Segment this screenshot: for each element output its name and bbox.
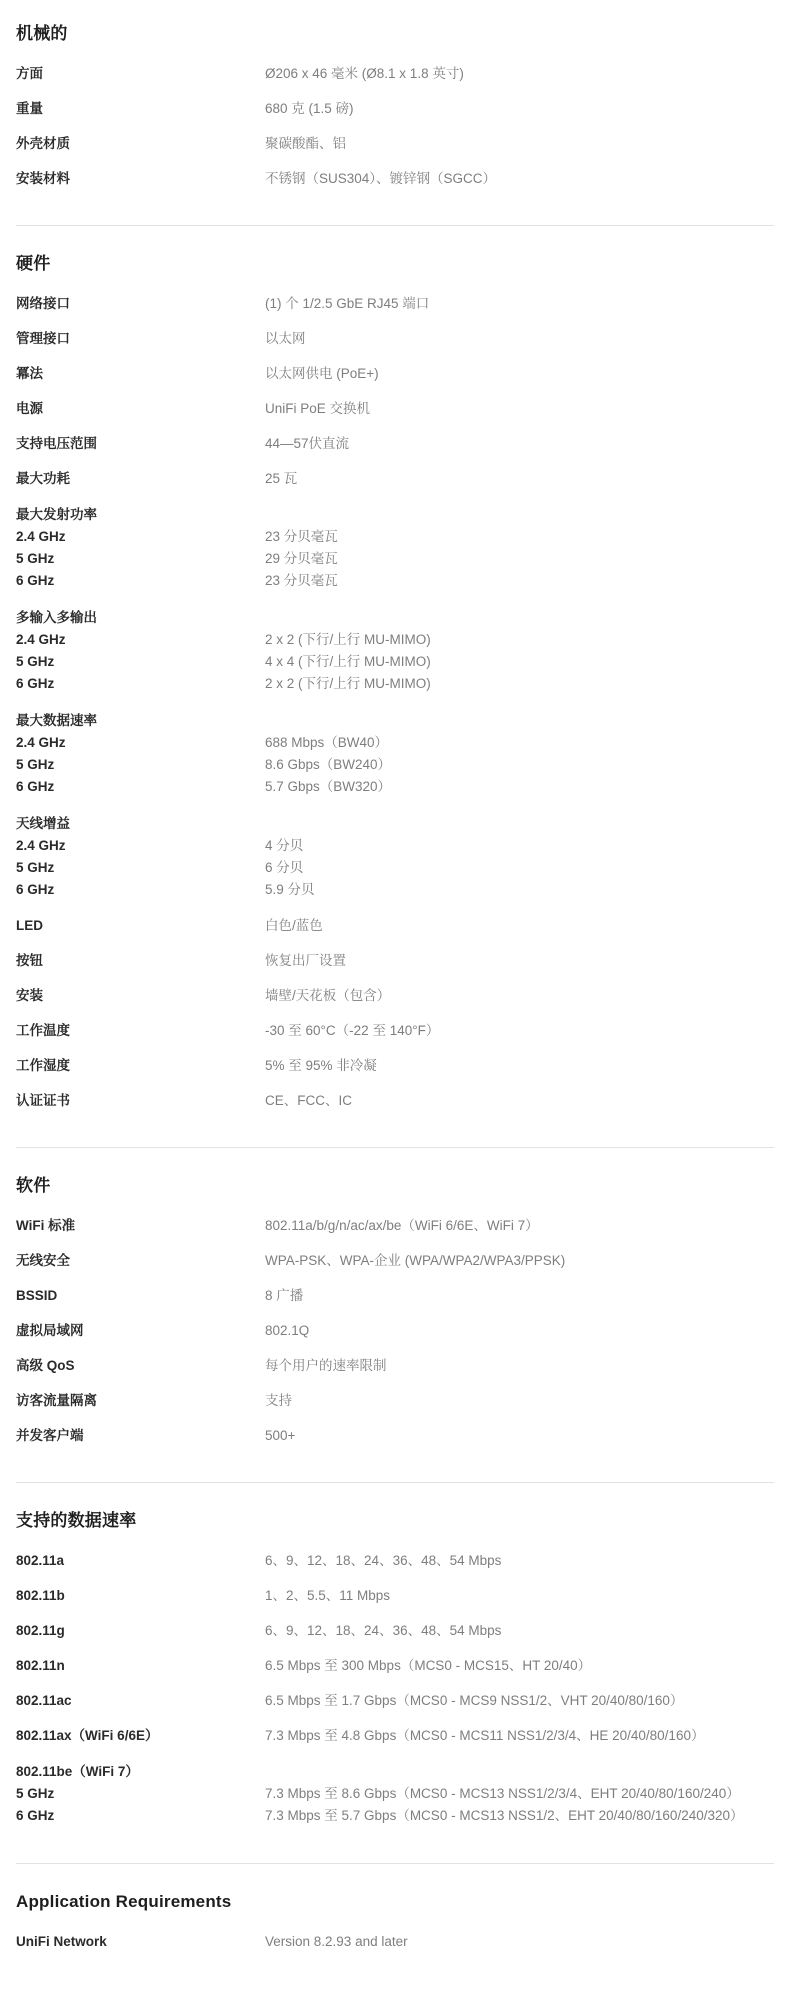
spec-subrow: 5 GHz6 分贝 <box>16 857 774 879</box>
spec-value: Ø206 x 46 毫米 (Ø8.1 x 1.8 英寸) <box>265 65 774 83</box>
spec-value: 每个用户的速率限制 <box>265 1357 774 1375</box>
spec-value: 5% 至 95% 非冷凝 <box>265 1057 774 1075</box>
spec-value: 6.5 Mbps 至 1.7 Gbps（MCS0 - MCS9 NSS1/2、V… <box>265 1692 774 1710</box>
spec-row: 冪法以太网供电 (PoE+) <box>16 357 774 392</box>
spec-sublabel: 5 GHz <box>16 754 265 776</box>
spec-value: 500+ <box>265 1427 774 1445</box>
spec-row: 访客流量隔离支持 <box>16 1384 774 1419</box>
spec-sublabel: 5 GHz <box>16 1783 265 1805</box>
spec-sublabel: 6 GHz <box>16 1805 265 1827</box>
spec-label: 外壳材质 <box>16 135 265 153</box>
spec-sublabel: 5 GHz <box>16 548 265 570</box>
spec-row: 支持电压范围44—57伏直流 <box>16 427 774 462</box>
spec-row: 认证证书CE、FCC、IC <box>16 1084 774 1119</box>
spec-label: 802.11n <box>16 1657 265 1675</box>
spec-label: 重量 <box>16 100 265 118</box>
spec-label: 冪法 <box>16 365 265 383</box>
spec-group: 多输入多输出2.4 GHz2 x 2 (下行/上行 MU-MIMO)5 GHz4… <box>16 600 774 703</box>
spec-row: WiFi 标准802.11a/b/g/n/ac/ax/be（WiFi 6/6E、… <box>16 1209 774 1244</box>
spec-row: 802.11ac6.5 Mbps 至 1.7 Gbps（MCS0 - MCS9 … <box>16 1684 774 1719</box>
spec-label: 工作温度 <box>16 1022 265 1040</box>
spec-row: 重量680 克 (1.5 磅) <box>16 92 774 127</box>
section-title: 支持的数据速率 <box>16 1483 774 1533</box>
spec-page: 机械的方面Ø206 x 46 毫米 (Ø8.1 x 1.8 英寸)重量680 克… <box>0 0 790 1990</box>
spec-group-title: 多输入多输出 <box>16 607 774 629</box>
spec-row: 802.11n6.5 Mbps 至 300 Mbps（MCS0 - MCS15、… <box>16 1649 774 1684</box>
spec-section: 软件WiFi 标准802.11a/b/g/n/ac/ax/be（WiFi 6/6… <box>16 1148 774 1454</box>
spec-row: 网络接口(1) 个 1/2.5 GbE RJ45 端口 <box>16 287 774 322</box>
spec-label: 认证证书 <box>16 1092 265 1110</box>
spec-row: 最大功耗25 瓦 <box>16 462 774 497</box>
spec-label: 802.11b <box>16 1587 265 1605</box>
spec-value: 以太网供电 (PoE+) <box>265 365 774 383</box>
spec-value: 聚碳酸酯、铝 <box>265 135 774 153</box>
spec-row: 工作湿度5% 至 95% 非冷凝 <box>16 1049 774 1084</box>
spec-subvalue: 688 Mbps（BW40） <box>265 732 774 754</box>
spec-sublabel: 6 GHz <box>16 570 265 592</box>
spec-subvalue: 2 x 2 (下行/上行 MU-MIMO) <box>265 673 774 695</box>
section-title: 机械的 <box>16 14 774 46</box>
spec-subrow: 5 GHz8.6 Gbps（BW240） <box>16 754 774 776</box>
spec-subvalue: 7.3 Mbps 至 8.6 Gbps（MCS0 - MCS13 NSS1/2/… <box>265 1783 774 1805</box>
spec-label: 网络接口 <box>16 295 265 313</box>
spec-subrow: 6 GHz7.3 Mbps 至 5.7 Gbps（MCS0 - MCS13 NS… <box>16 1805 774 1827</box>
spec-label: 802.11ac <box>16 1692 265 1710</box>
spec-sublabel: 2.4 GHz <box>16 629 265 651</box>
spec-subvalue: 8.6 Gbps（BW240） <box>265 754 774 776</box>
spec-row: 802.11a6、9、12、18、24、36、48、54 Mbps <box>16 1544 774 1579</box>
spec-label: 方面 <box>16 65 265 83</box>
spec-row: UniFi NetworkVersion 8.2.93 and later <box>16 1925 774 1960</box>
spec-subrow: 2.4 GHz688 Mbps（BW40） <box>16 732 774 754</box>
spec-row: 按钮恢复出厂设置 <box>16 944 774 979</box>
spec-sublabel: 6 GHz <box>16 879 265 901</box>
spec-label: 802.11g <box>16 1622 265 1640</box>
spec-value: 支持 <box>265 1392 774 1410</box>
spec-sublabel: 5 GHz <box>16 651 265 673</box>
spec-row: 工作温度-30 至 60°C（-22 至 140°F） <box>16 1014 774 1049</box>
spec-label: 安装 <box>16 987 265 1005</box>
spec-subrow: 5 GHz4 x 4 (下行/上行 MU-MIMO) <box>16 651 774 673</box>
spec-section: 支持的数据速率802.11a6、9、12、18、24、36、48、54 Mbps… <box>16 1483 774 1835</box>
spec-value: 6、9、12、18、24、36、48、54 Mbps <box>265 1622 774 1640</box>
spec-row: BSSID8 广播 <box>16 1279 774 1314</box>
spec-row: 管理接口以太网 <box>16 322 774 357</box>
spec-label: 管理接口 <box>16 330 265 348</box>
spec-value: 802.1Q <box>265 1322 774 1340</box>
spec-value: 8 广播 <box>265 1287 774 1305</box>
spec-value: WPA-PSK、WPA-企业 (WPA/WPA2/WPA3/PPSK) <box>265 1252 774 1270</box>
spec-subrow: 6 GHz5.9 分贝 <box>16 879 774 901</box>
spec-value: CE、FCC、IC <box>265 1092 774 1110</box>
spec-sublabel: 6 GHz <box>16 776 265 798</box>
spec-label: 工作湿度 <box>16 1057 265 1075</box>
spec-value: 恢复出厂设置 <box>265 952 774 970</box>
spec-subrow: 6 GHz5.7 Gbps（BW320） <box>16 776 774 798</box>
spec-subrow: 5 GHz29 分贝毫瓦 <box>16 548 774 570</box>
spec-subvalue: 7.3 Mbps 至 5.7 Gbps（MCS0 - MCS13 NSS1/2、… <box>265 1805 774 1827</box>
spec-label: WiFi 标准 <box>16 1217 265 1235</box>
spec-label: 访客流量隔离 <box>16 1392 265 1410</box>
spec-sublabel: 2.4 GHz <box>16 732 265 754</box>
spec-label: 虚拟局域网 <box>16 1322 265 1340</box>
spec-group: 802.11be（WiFi 7）5 GHz7.3 Mbps 至 8.6 Gbps… <box>16 1754 774 1835</box>
spec-row: 虚拟局域网802.1Q <box>16 1314 774 1349</box>
spec-value: 25 瓦 <box>265 470 774 488</box>
spec-value: 6.5 Mbps 至 300 Mbps（MCS0 - MCS15、HT 20/4… <box>265 1657 774 1675</box>
spec-subrow: 2.4 GHz23 分贝毫瓦 <box>16 526 774 548</box>
spec-row: LED白色/蓝色 <box>16 909 774 944</box>
spec-row: 并发客户端500+ <box>16 1419 774 1454</box>
spec-label: 最大功耗 <box>16 470 265 488</box>
spec-subvalue: 4 x 4 (下行/上行 MU-MIMO) <box>265 651 774 673</box>
spec-subvalue: 23 分贝毫瓦 <box>265 526 774 548</box>
spec-section: 硬件网络接口(1) 个 1/2.5 GbE RJ45 端口管理接口以太网冪法以太… <box>16 226 774 1119</box>
spec-group-title: 802.11be（WiFi 7） <box>16 1761 774 1783</box>
spec-row: 安装材料不锈钢（SUS304）、镀锌钢（SGCC） <box>16 162 774 197</box>
spec-label: 无线安全 <box>16 1252 265 1270</box>
spec-subvalue: 6 分贝 <box>265 857 774 879</box>
spec-label: 并发客户端 <box>16 1427 265 1445</box>
spec-subrow: 2.4 GHz2 x 2 (下行/上行 MU-MIMO) <box>16 629 774 651</box>
spec-row: 安装墙壁/天花板（包含） <box>16 979 774 1014</box>
spec-value: 802.11a/b/g/n/ac/ax/be（WiFi 6/6E、WiFi 7） <box>265 1217 774 1235</box>
spec-label: 支持电压范围 <box>16 435 265 453</box>
spec-group: 最大发射功率2.4 GHz23 分贝毫瓦5 GHz29 分贝毫瓦6 GHz23 … <box>16 497 774 600</box>
spec-label: 按钮 <box>16 952 265 970</box>
spec-section: Application RequirementsUniFi NetworkVer… <box>16 1864 774 1960</box>
spec-row: 无线安全WPA-PSK、WPA-企业 (WPA/WPA2/WPA3/PPSK) <box>16 1244 774 1279</box>
spec-subvalue: 4 分贝 <box>265 835 774 857</box>
spec-group-title: 最大发射功率 <box>16 504 774 526</box>
spec-subrow: 6 GHz2 x 2 (下行/上行 MU-MIMO) <box>16 673 774 695</box>
spec-sublabel: 2.4 GHz <box>16 835 265 857</box>
spec-value: 墙壁/天花板（包含） <box>265 987 774 1005</box>
spec-group: 最大数据速率2.4 GHz688 Mbps（BW40）5 GHz8.6 Gbps… <box>16 703 774 806</box>
spec-label: 电源 <box>16 400 265 418</box>
spec-subvalue: 23 分贝毫瓦 <box>265 570 774 592</box>
spec-value: 6、9、12、18、24、36、48、54 Mbps <box>265 1552 774 1570</box>
spec-subrow: 5 GHz7.3 Mbps 至 8.6 Gbps（MCS0 - MCS13 NS… <box>16 1783 774 1805</box>
spec-sublabel: 2.4 GHz <box>16 526 265 548</box>
spec-value: (1) 个 1/2.5 GbE RJ45 端口 <box>265 295 774 313</box>
spec-value: 680 克 (1.5 磅) <box>265 100 774 118</box>
spec-label: LED <box>16 917 265 935</box>
section-title: 软件 <box>16 1148 774 1198</box>
spec-row: 802.11b1、2、5.5、11 Mbps <box>16 1579 774 1614</box>
spec-label: 802.11a <box>16 1552 265 1570</box>
spec-sublabel: 5 GHz <box>16 857 265 879</box>
spec-group-title: 最大数据速率 <box>16 710 774 732</box>
spec-row: 电源UniFi PoE 交换机 <box>16 392 774 427</box>
spec-subvalue: 29 分贝毫瓦 <box>265 548 774 570</box>
spec-subvalue: 2 x 2 (下行/上行 MU-MIMO) <box>265 629 774 651</box>
spec-label: UniFi Network <box>16 1933 265 1951</box>
spec-subrow: 6 GHz23 分贝毫瓦 <box>16 570 774 592</box>
spec-group-title: 天线增益 <box>16 813 774 835</box>
spec-value: Version 8.2.93 and later <box>265 1933 774 1951</box>
spec-row: 高级 QoS每个用户的速率限制 <box>16 1349 774 1384</box>
spec-value: 白色/蓝色 <box>265 917 774 935</box>
spec-section: 机械的方面Ø206 x 46 毫米 (Ø8.1 x 1.8 英寸)重量680 克… <box>16 14 774 197</box>
spec-label: BSSID <box>16 1287 265 1305</box>
spec-value: -30 至 60°C（-22 至 140°F） <box>265 1022 774 1040</box>
spec-subvalue: 5.9 分贝 <box>265 879 774 901</box>
spec-label: 高级 QoS <box>16 1357 265 1375</box>
spec-row: 外壳材质聚碳酸酯、铝 <box>16 127 774 162</box>
spec-label: 安装材料 <box>16 170 265 188</box>
spec-subrow: 2.4 GHz4 分贝 <box>16 835 774 857</box>
spec-group: 天线增益2.4 GHz4 分贝5 GHz6 分贝6 GHz5.9 分贝 <box>16 806 774 909</box>
spec-subvalue: 5.7 Gbps（BW320） <box>265 776 774 798</box>
spec-value: 1、2、5.5、11 Mbps <box>265 1587 774 1605</box>
spec-value: 不锈钢（SUS304）、镀锌钢（SGCC） <box>265 170 774 188</box>
spec-sublabel: 6 GHz <box>16 673 265 695</box>
spec-value: 7.3 Mbps 至 4.8 Gbps（MCS0 - MCS11 NSS1/2/… <box>265 1727 774 1745</box>
spec-value: 以太网 <box>265 330 774 348</box>
spec-label: 802.11ax（WiFi 6/6E） <box>16 1727 265 1745</box>
section-title: 硬件 <box>16 226 774 276</box>
spec-row: 802.11ax（WiFi 6/6E）7.3 Mbps 至 4.8 Gbps（M… <box>16 1719 774 1754</box>
section-title: Application Requirements <box>16 1864 774 1914</box>
spec-row: 802.11g6、9、12、18、24、36、48、54 Mbps <box>16 1614 774 1649</box>
spec-row: 方面Ø206 x 46 毫米 (Ø8.1 x 1.8 英寸) <box>16 57 774 92</box>
spec-value: UniFi PoE 交换机 <box>265 400 774 418</box>
spec-value: 44—57伏直流 <box>265 435 774 453</box>
